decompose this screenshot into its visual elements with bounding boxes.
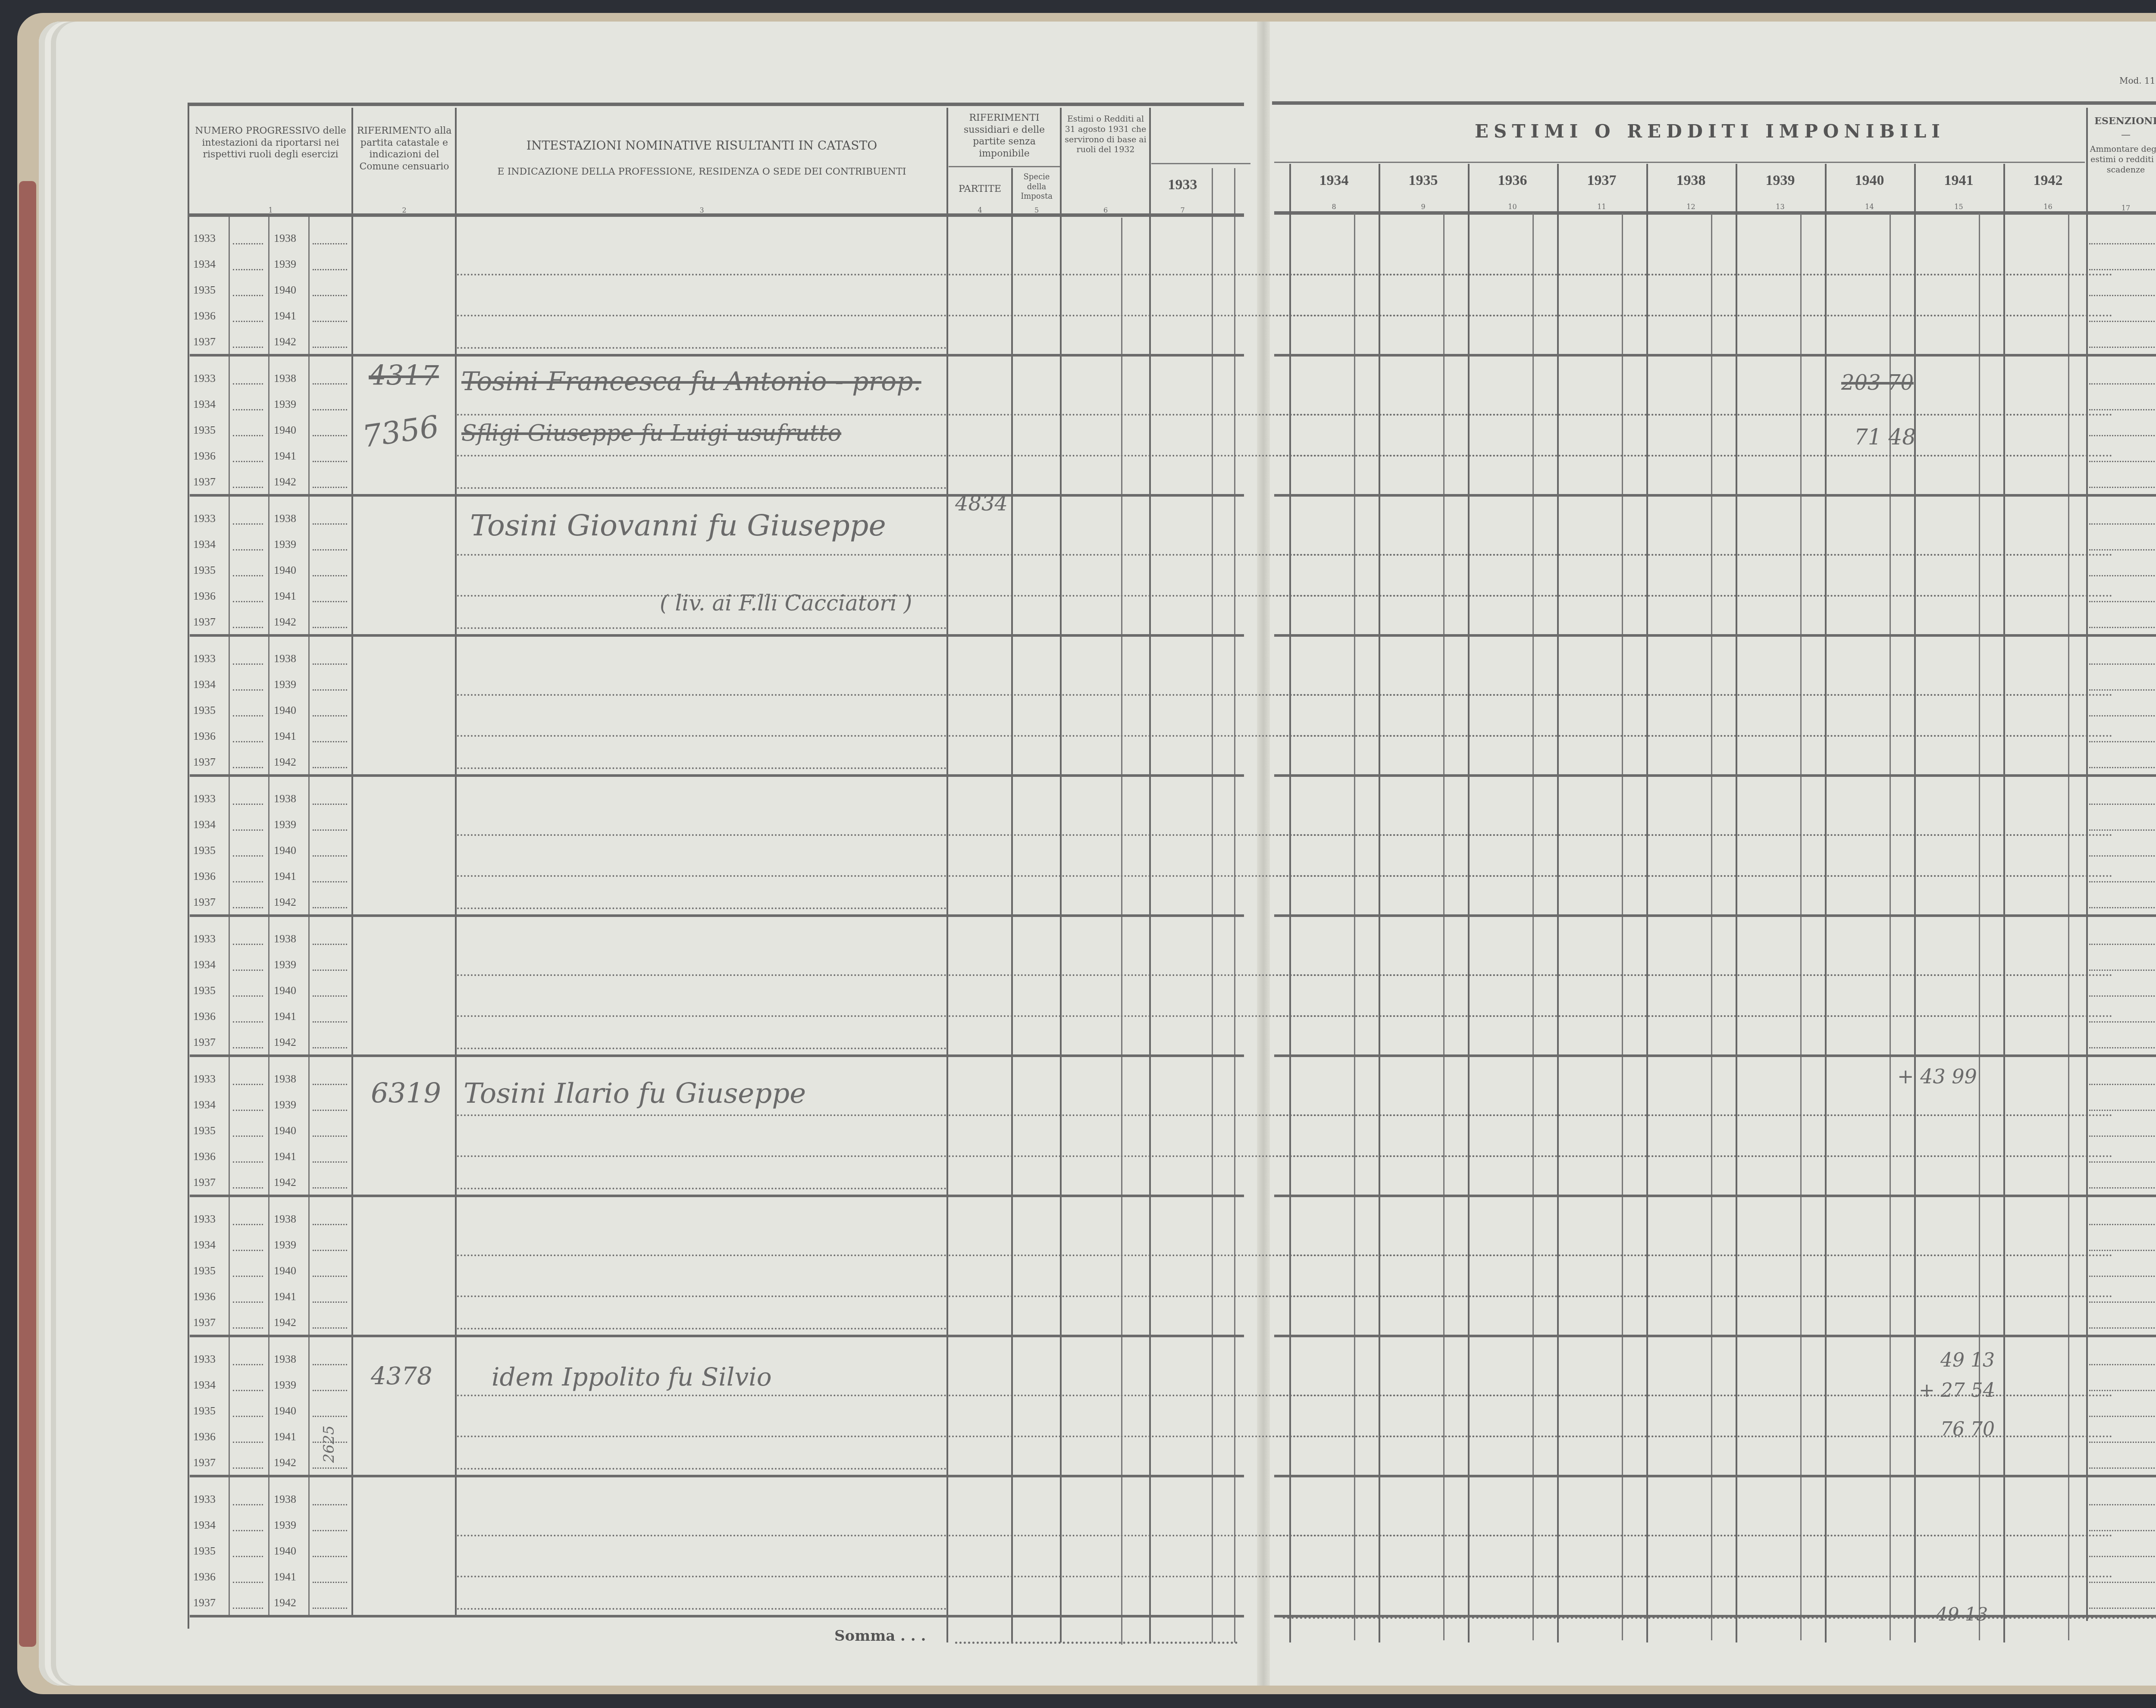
entry-line[interactable]: [457, 767, 946, 769]
year-entry-line[interactable]: [313, 663, 347, 665]
esenzioni-entry-line[interactable]: [2089, 321, 2156, 322]
esenzioni-entry-line[interactable]: [2089, 461, 2156, 462]
year-entry-line[interactable]: [313, 689, 347, 691]
entry-line[interactable]: [457, 875, 946, 877]
entry-line[interactable]: [457, 974, 946, 976]
esenzioni-entry-line[interactable]: [2089, 881, 2156, 882]
year-entry-line[interactable]: [233, 1136, 263, 1137]
year-entry-line[interactable]: [233, 1301, 263, 1303]
block-divider: [190, 494, 1244, 497]
year-label: 1937: [193, 1456, 216, 1469]
value-1940-struck: 203 70: [1841, 371, 1914, 395]
year-entry-line[interactable]: [313, 944, 347, 945]
year-entry-line[interactable]: [233, 461, 263, 462]
block-divider: [190, 1195, 1244, 1197]
year-entry-line[interactable]: [233, 1276, 263, 1277]
year-entry-line[interactable]: [313, 347, 347, 348]
esenzioni-entry-line[interactable]: [2089, 1224, 2156, 1225]
year-label: 1936: [193, 1150, 216, 1163]
entry-line[interactable]: [457, 735, 946, 737]
esenzioni-entry-line[interactable]: [2089, 1364, 2156, 1365]
year-label: 1937: [193, 335, 216, 348]
year-entry-line[interactable]: [233, 1250, 263, 1251]
block-divider: [1274, 914, 2156, 917]
entry-line[interactable]: [457, 1155, 946, 1157]
entry-line[interactable]: [457, 1328, 946, 1329]
year-entry-line[interactable]: [313, 1276, 347, 1277]
year-label: 1939: [274, 678, 296, 691]
year-entry-line[interactable]: [313, 1504, 347, 1505]
esenzioni-entry-line[interactable]: [2089, 1110, 2156, 1111]
year-entry-line[interactable]: [313, 549, 347, 551]
esenzioni-entry-line[interactable]: [2089, 435, 2156, 436]
intestazione: idem Ippolito fu Silvio: [492, 1362, 772, 1392]
esenzioni-entry-line[interactable]: [2089, 663, 2156, 665]
esenzioni-entry-line[interactable]: [2089, 855, 2156, 857]
esenzioni-entry-line[interactable]: [2089, 1161, 2156, 1163]
entry-line[interactable]: [457, 487, 946, 489]
year-entry-line[interactable]: [233, 1556, 263, 1557]
year-entry-line[interactable]: [313, 1556, 347, 1557]
year-entry-line[interactable]: [233, 1021, 263, 1023]
year-entry-line[interactable]: [313, 1364, 347, 1365]
year-entry-line[interactable]: [313, 767, 347, 768]
year-entry-line[interactable]: [313, 409, 347, 410]
year-label: 1941: [274, 1570, 296, 1583]
entry-line[interactable]: [457, 315, 946, 316]
year-entry-line[interactable]: [313, 970, 347, 971]
year-label: 1941: [274, 590, 296, 603]
esenzioni-entry-line[interactable]: [2089, 1047, 2156, 1048]
year-entry-line[interactable]: [313, 1467, 347, 1469]
year-entry-line[interactable]: [233, 804, 263, 805]
entry-line[interactable]: [457, 414, 946, 416]
year-entry-line[interactable]: [233, 347, 263, 348]
table-left-border: [188, 103, 189, 1629]
entry-line[interactable]: [457, 1468, 946, 1470]
entry-line[interactable]: [1276, 274, 2085, 275]
entry-line[interactable]: [1276, 875, 2085, 877]
year-entry-line[interactable]: [233, 627, 263, 628]
year-entry-line[interactable]: [313, 487, 347, 488]
year-entry-line[interactable]: [233, 881, 263, 882]
esenzioni-entry-line[interactable]: [2089, 1301, 2156, 1303]
year-label: 1940: [274, 844, 296, 857]
year-label: 1933: [193, 1493, 216, 1506]
entry-line[interactable]: [1276, 974, 2085, 976]
year-entry-line[interactable]: [313, 1582, 347, 1583]
entry-line[interactable]: [457, 554, 946, 556]
entry-line[interactable]: [1276, 1114, 2085, 1116]
col5-header: Specie della Imposta: [1013, 172, 1060, 202]
year-label: 1936: [193, 450, 216, 463]
esenzioni-entry-line[interactable]: [2089, 1556, 2156, 1557]
entry-line[interactable]: [1276, 1254, 2085, 1256]
entry-line[interactable]: [457, 1535, 946, 1536]
year-entry-line[interactable]: [313, 1224, 347, 1225]
year-label: 1935: [193, 1405, 216, 1417]
year-label: 1939: [274, 398, 296, 411]
year-entry-line[interactable]: [313, 1047, 347, 1048]
year-entry-line[interactable]: [233, 1161, 263, 1163]
esenzioni-entry-line[interactable]: [2089, 944, 2156, 945]
esenzioni-entry-line[interactable]: [2089, 1467, 2156, 1469]
year-label: 1941: [274, 1290, 296, 1303]
year-label: 1933: [193, 512, 216, 525]
year-entry-line[interactable]: [313, 907, 347, 908]
year-label: 1940: [274, 704, 296, 717]
intestazione: Tosini Giovanni fu Giuseppe: [470, 509, 886, 543]
entry-line[interactable]: [457, 274, 946, 275]
year-entry-line[interactable]: [233, 767, 263, 768]
esenzioni-entry-line[interactable]: [2089, 1608, 2156, 1609]
year-label: 1939: [274, 1379, 296, 1392]
col3-header-bottom: E INDICAZIONE DELLA PROFESSIONE, RESIDEN…: [457, 166, 946, 178]
year-label: 1934: [193, 398, 216, 411]
year-entry-line[interactable]: [233, 689, 263, 691]
entry-line[interactable]: [457, 1048, 946, 1049]
esenzioni-entry-line[interactable]: [2089, 575, 2156, 576]
esenzioni-entry-line[interactable]: [2089, 347, 2156, 348]
book-spine-binding: [19, 181, 36, 1647]
year-label: 1938: [274, 372, 296, 385]
col4-header: PARTITE: [949, 183, 1011, 195]
col-number: 14: [1825, 203, 1914, 211]
col-number: 10: [1468, 203, 1557, 211]
entry-line[interactable]: [1276, 834, 2085, 836]
entry-line[interactable]: [457, 694, 946, 696]
col-subdivider: [1212, 168, 1213, 1642]
year-entry-line[interactable]: [313, 575, 347, 576]
entry-line[interactable]: [1276, 1155, 2085, 1157]
entry-line[interactable]: [1276, 455, 2085, 457]
esenzioni-entry-line[interactable]: [2089, 741, 2156, 742]
esenzioni-entry-line[interactable]: [2089, 1416, 2156, 1417]
year-entry-line[interactable]: [233, 1504, 263, 1505]
year-label: 1934: [193, 678, 216, 691]
year-label: 1936: [193, 1010, 216, 1023]
entry-line[interactable]: [457, 1114, 946, 1116]
year-entry-line[interactable]: [233, 243, 263, 244]
year-entry-line[interactable]: [313, 295, 347, 296]
year-entry-line[interactable]: [313, 741, 347, 742]
col-divider: [1011, 168, 1013, 1642]
entry-line[interactable]: [1276, 315, 2085, 316]
entry-line[interactable]: [457, 1436, 946, 1437]
esenzioni-entry-line[interactable]: [2089, 1187, 2156, 1189]
year-entry-line[interactable]: [233, 741, 263, 742]
year-label: 1940: [274, 1264, 296, 1277]
entry-line[interactable]: [457, 1395, 946, 1396]
year-entry-line[interactable]: [233, 1047, 263, 1048]
year-entry-line[interactable]: [233, 829, 263, 831]
entry-line[interactable]: [457, 907, 946, 909]
year-label: 1934: [193, 1239, 216, 1251]
year-entry-line[interactable]: [313, 804, 347, 805]
year-label: 1934: [193, 958, 216, 971]
year-entry-line[interactable]: [313, 1608, 347, 1609]
block-divider: [190, 1615, 1244, 1617]
esenzioni-entry-line[interactable]: [2089, 1084, 2156, 1085]
esenzioni-entry-line[interactable]: [2089, 1276, 2156, 1277]
year-entry-line[interactable]: [233, 1224, 263, 1225]
col-number: 12: [1646, 203, 1736, 211]
year-entry-line[interactable]: [233, 907, 263, 908]
entry-line[interactable]: [1276, 735, 2085, 737]
col-number: 8: [1289, 203, 1379, 211]
entry-line[interactable]: [457, 455, 946, 457]
year-entry-line[interactable]: [313, 269, 347, 270]
col6-header: Estimi o Redditi al 31 agosto 1931 che s…: [1062, 114, 1149, 155]
entry-line[interactable]: [1276, 694, 2085, 696]
year-entry-line[interactable]: [313, 1187, 347, 1189]
esenzioni-entry-line[interactable]: [2089, 715, 2156, 716]
year-entry-line[interactable]: [233, 575, 263, 576]
year-header-1942: 1942: [2003, 172, 2093, 189]
year-entry-line[interactable]: [233, 1530, 263, 1531]
intestazione-note: ( liv. ai F.lli Cacciatori ): [660, 591, 912, 616]
year-entry-line[interactable]: [313, 627, 347, 628]
entry-line[interactable]: [457, 1254, 946, 1256]
year-entry-line[interactable]: [233, 1187, 263, 1189]
year-entry-line[interactable]: [233, 383, 263, 385]
year-entry-line[interactable]: [233, 855, 263, 857]
col2-header: RIFERIMENTO alla partita catastale e ind…: [354, 125, 455, 172]
year-entry-line[interactable]: [233, 601, 263, 602]
year-label: 1941: [274, 1010, 296, 1023]
col-subdivider: [2068, 213, 2069, 1640]
esenzioni-entry-line[interactable]: [2089, 601, 2156, 602]
entry-line[interactable]: [1276, 1015, 2085, 1017]
year-entry-line[interactable]: [313, 523, 347, 525]
esenzioni-entry-line[interactable]: [2089, 804, 2156, 805]
year-label: 1937: [193, 1316, 216, 1329]
year-entry-line[interactable]: [313, 243, 347, 244]
somma-line-right: [1283, 1617, 2156, 1619]
esenzioni-entry-line[interactable]: [2089, 1327, 2156, 1329]
year-label: 1936: [193, 1570, 216, 1583]
esenzioni-entry-line[interactable]: [2089, 1021, 2156, 1023]
entry-line[interactable]: [1276, 554, 2085, 556]
esenzioni-entry-line[interactable]: [2089, 970, 2156, 971]
year-entry-line[interactable]: [313, 1136, 347, 1137]
year-entry-line[interactable]: [233, 523, 263, 525]
esenzioni-entry-line[interactable]: [2089, 767, 2156, 768]
entry-line[interactable]: [457, 1295, 946, 1297]
block-divider: [1274, 354, 2156, 357]
entry-line[interactable]: [1276, 1535, 2085, 1536]
esenzioni-entry-line[interactable]: [2089, 1504, 2156, 1505]
esenzioni-entry-line[interactable]: [2089, 269, 2156, 270]
esenzioni-entry-line[interactable]: [2089, 523, 2156, 525]
year-entry-line[interactable]: [233, 970, 263, 971]
entry-line[interactable]: [1276, 414, 2085, 416]
esenzioni-entry-line[interactable]: [2089, 487, 2156, 488]
year-label: 1942: [274, 1176, 296, 1189]
col-divider: [2086, 108, 2088, 1621]
year-label: 1935: [193, 564, 216, 577]
year-label: 1935: [193, 844, 216, 857]
entry-line[interactable]: [1276, 1576, 2085, 1577]
year-entry-line[interactable]: [233, 1364, 263, 1365]
year-entry-line[interactable]: [233, 1390, 263, 1391]
entry-line[interactable]: [457, 627, 946, 629]
year-entry-line[interactable]: [233, 295, 263, 296]
year-entry-line[interactable]: [313, 1161, 347, 1163]
year-label: 1936: [193, 310, 216, 322]
year-entry-line[interactable]: [313, 1327, 347, 1329]
col3-header-top: INTESTAZIONI NOMINATIVE RISULTANTI IN CA…: [457, 138, 946, 153]
year-entry-line[interactable]: [313, 855, 347, 857]
year-label: 1934: [193, 538, 216, 551]
year-label: 1941: [274, 1430, 296, 1443]
year-entry-line[interactable]: [313, 1416, 347, 1417]
year-entry-line[interactable]: [233, 715, 263, 716]
year-entry-line[interactable]: [233, 1442, 263, 1443]
header-bottom-border: [188, 213, 1244, 217]
esenzioni-entry-line[interactable]: [2089, 243, 2156, 244]
year-label: 1935: [193, 1124, 216, 1137]
esenzioni-entry-line[interactable]: [2089, 383, 2156, 385]
year-entry-line[interactable]: [233, 1327, 263, 1329]
esenzioni-entry-line[interactable]: [2089, 1442, 2156, 1443]
esenzioni-entry-line[interactable]: [2089, 409, 2156, 410]
block-divider: [190, 634, 1244, 637]
esenzioni-entry-line[interactable]: [2089, 295, 2156, 296]
year-entry-line[interactable]: [313, 383, 347, 385]
year-label: 1933: [193, 1353, 216, 1366]
col1-header: NUMERO PROGRESSIVO delle intestazioni da…: [190, 125, 351, 161]
col-subdivider: [1622, 213, 1623, 1640]
year-label: 1935: [193, 424, 216, 437]
year-label: 1940: [274, 284, 296, 297]
entry-line[interactable]: [457, 347, 946, 349]
esenzioni-entry-line[interactable]: [2089, 907, 2156, 908]
year-entry-line[interactable]: [313, 321, 347, 322]
esenzioni-dash: —: [2088, 129, 2156, 141]
year-entry-line[interactable]: [313, 1301, 347, 1303]
year-label: 1942: [274, 1316, 296, 1329]
year-entry-line[interactable]: [233, 487, 263, 488]
col-divider: [1736, 164, 1737, 1642]
block-divider: [1274, 1195, 2156, 1197]
col-divider: [1289, 164, 1291, 1642]
year-label: 1939: [274, 1519, 296, 1532]
year-label: 1942: [274, 335, 296, 348]
year-entry-line[interactable]: [233, 663, 263, 665]
year-label: 1934: [193, 818, 216, 831]
year-entry-line[interactable]: [233, 1416, 263, 1417]
year-header-1936: 1936: [1468, 172, 1557, 189]
value-1940: 71 48: [1854, 425, 1916, 450]
year-entry-line[interactable]: [233, 435, 263, 436]
block-divider: [190, 1335, 1244, 1337]
year-entry-line[interactable]: [313, 1390, 347, 1391]
year-label: 1933: [193, 652, 216, 665]
year-entry-line[interactable]: [313, 995, 347, 997]
year-label: 1934: [193, 1519, 216, 1532]
year-entry-line[interactable]: [313, 1530, 347, 1531]
year-entry-line[interactable]: [233, 549, 263, 551]
year-entry-line[interactable]: [233, 1582, 263, 1583]
esenzioni-entry-line[interactable]: [2089, 1390, 2156, 1391]
year-entry-line[interactable]: [313, 829, 347, 831]
esenzioni-entry-line[interactable]: [2089, 689, 2156, 691]
esenzioni-entry-line[interactable]: [2089, 995, 2156, 997]
entry-line[interactable]: [1276, 595, 2085, 597]
block-divider: [1274, 1054, 2156, 1057]
year-label: 1939: [274, 538, 296, 551]
year-label: 1936: [193, 1430, 216, 1443]
partite-number: 4834: [955, 491, 1008, 516]
year-label: 1942: [274, 616, 296, 629]
esenzioni-entry-line[interactable]: [2089, 1582, 2156, 1583]
entry-line[interactable]: [457, 834, 946, 836]
esenzioni-entry-line[interactable]: [2089, 1250, 2156, 1251]
year-label: 1936: [193, 730, 216, 743]
margin-note: 2625: [320, 1426, 338, 1463]
value-1941-c: 76 70: [1940, 1418, 1995, 1440]
year-entry-line[interactable]: [233, 269, 263, 270]
year-entry-line[interactable]: [233, 1467, 263, 1469]
year-entry-line[interactable]: [313, 601, 347, 602]
year-entry-line[interactable]: [233, 321, 263, 322]
year-entry-line[interactable]: [313, 1084, 347, 1085]
entry-line[interactable]: [457, 1188, 946, 1189]
entry-line[interactable]: [457, 1608, 946, 1610]
col7-year-header: 1933: [1151, 177, 1214, 193]
year-label: 1934: [193, 1098, 216, 1111]
year-entry-line[interactable]: [313, 715, 347, 716]
esenzioni-label: Ammontare degli estimi o redditi e scade…: [2088, 144, 2156, 175]
year-entry-line[interactable]: [313, 881, 347, 882]
esenzioni-entry-line[interactable]: [2089, 1136, 2156, 1137]
year-entry-line[interactable]: [233, 1110, 263, 1111]
col-subdivider: [1443, 213, 1445, 1640]
col-divider: [1825, 164, 1827, 1642]
col-subdivider: [1234, 168, 1235, 1642]
year-label: 1937: [193, 1036, 216, 1049]
col-number: 13: [1736, 203, 1825, 211]
year-entry-line[interactable]: [313, 461, 347, 462]
entry-line[interactable]: [1276, 1295, 2085, 1297]
year-entry-line[interactable]: [313, 1250, 347, 1251]
entry-line[interactable]: [457, 1015, 946, 1017]
year-entry-line[interactable]: [233, 995, 263, 997]
year-label: 1938: [274, 792, 296, 805]
esenzioni-title: ESENZIONI: [2088, 116, 2156, 128]
col-number: 9: [1379, 203, 1468, 211]
year-header-1935: 1935: [1379, 172, 1468, 189]
col-divider: [455, 108, 457, 1617]
esenzioni-entry-line[interactable]: [2089, 549, 2156, 551]
year-entry-line[interactable]: [313, 1021, 347, 1023]
year-entry-line[interactable]: [233, 1084, 263, 1085]
year-entry-line[interactable]: [233, 409, 263, 410]
year-entry-line[interactable]: [233, 1608, 263, 1609]
esenzioni-entry-line[interactable]: [2089, 1530, 2156, 1531]
year-entry-line[interactable]: [233, 944, 263, 945]
esenzioni-entry-line[interactable]: [2089, 627, 2156, 628]
year-entry-line[interactable]: [313, 435, 347, 436]
year-label: 1941: [274, 450, 296, 463]
col-divider: [1468, 164, 1470, 1642]
value-1941-b: + 27 54: [1919, 1380, 1995, 1401]
entry-line[interactable]: [457, 1576, 946, 1577]
somma-line: [955, 1642, 1238, 1644]
year-entry-line[interactable]: [313, 1110, 347, 1111]
esenzioni-entry-line[interactable]: [2089, 829, 2156, 831]
